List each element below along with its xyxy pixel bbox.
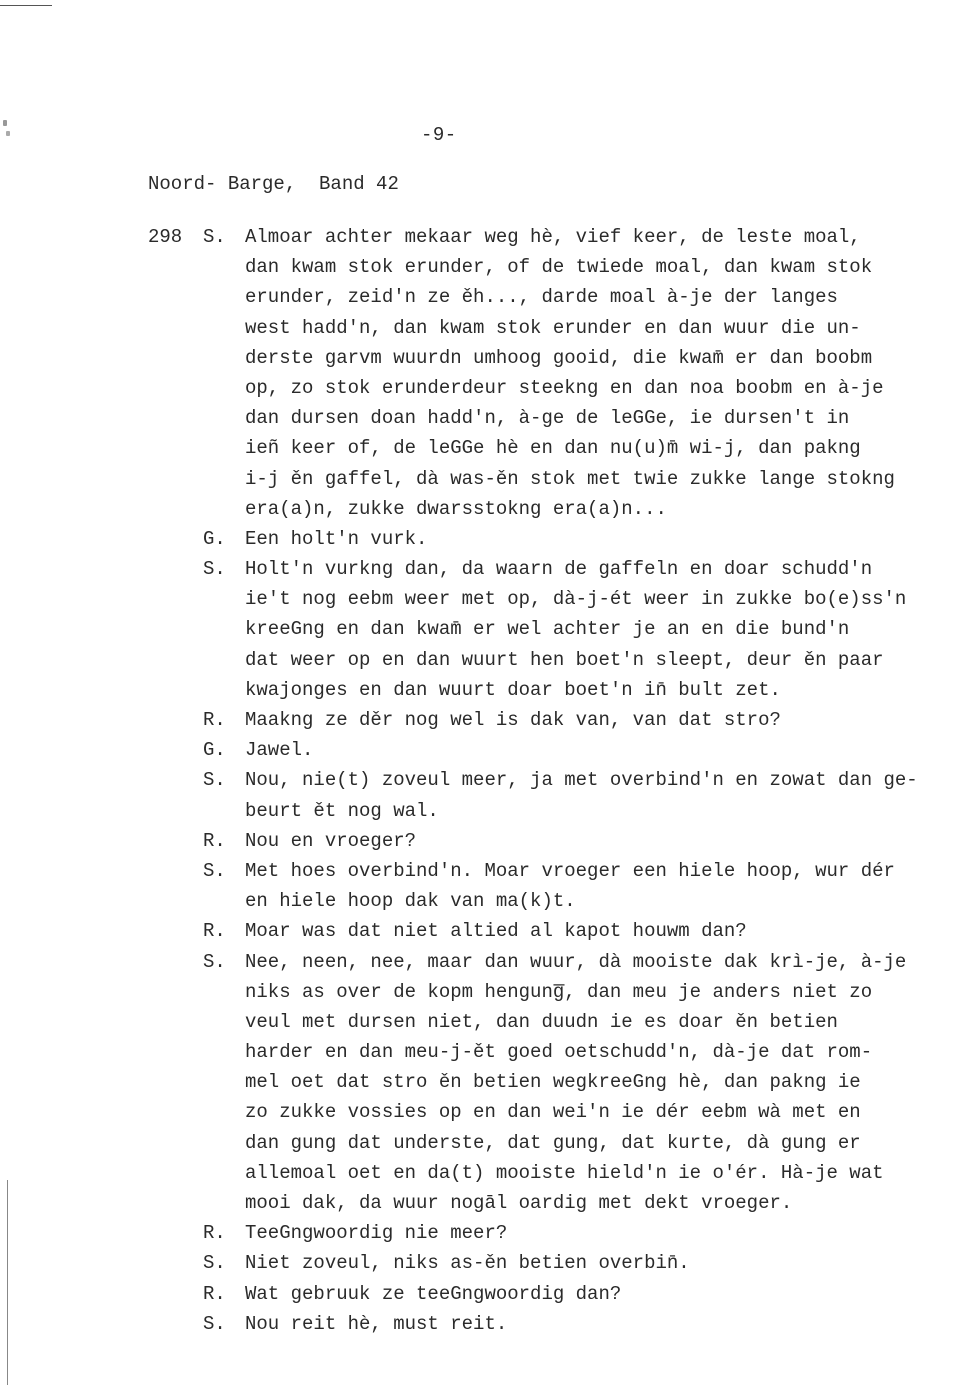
transcript-text: beurt ět nog wal. xyxy=(245,796,439,826)
transcript-text: kwajonges en dan wuurt doar boet'n in̄ b… xyxy=(245,675,781,705)
transcript-line: S.Holt'n vurkng dan, da waarn de gaffeln… xyxy=(148,554,958,584)
transcript-text: Moar was dat niet altied al kapot houwm … xyxy=(245,916,747,946)
transcript-line: dan kwam stok erunder, of de twiede moal… xyxy=(148,252,958,282)
transcript-line: R.Wat gebruuk ze teeGngwoordig dan? xyxy=(148,1279,958,1309)
transcript-text: Holt'n vurkng dan, da waarn de gaffeln e… xyxy=(245,554,872,584)
transcript-line: i-j ěn gaffel, dà was-ěn stok met twie z… xyxy=(148,464,958,494)
transcript-line: niks as over de kopm hengung̅, dan meu j… xyxy=(148,977,958,1007)
speaker-label: S. xyxy=(203,1309,226,1339)
transcript-line: zo zukke vossies op en dan wei'n ie dér … xyxy=(148,1097,958,1127)
transcript-text: TeeGngwoordig nie meer? xyxy=(245,1218,507,1248)
transcript-text: dat weer op en dan wuurt hen boet'n slee… xyxy=(245,645,884,675)
transcript-line: derste garvm wuurdn umhoog gooid, die kw… xyxy=(148,343,958,373)
transcript-line: dan gung dat underste, dat gung, dat kur… xyxy=(148,1128,958,1158)
transcript-line: era(a)n, zukke dwarsstokng era(a)n... xyxy=(148,494,958,524)
transcript-text: ieñ keer of, de leGGe hè en dan nu(u)m̄ … xyxy=(245,433,861,463)
transcript-line: dat weer op en dan wuurt hen boet'n slee… xyxy=(148,645,958,675)
speaker-label: S. xyxy=(203,765,226,795)
transcript-text: mooi dak, da wuur nogāl oardig met dekt … xyxy=(245,1188,792,1218)
document-page: -9- Noord- Barge, Band 42 298S.Almoar ac… xyxy=(0,0,966,1388)
speaker-label: R. xyxy=(203,1218,226,1248)
transcript-line: G.Jawel. xyxy=(148,735,958,765)
scan-edge-rule xyxy=(0,5,52,6)
transcript-line: ie't nog eebm weer met op, dà-j-ét weer … xyxy=(148,584,958,614)
transcript-line: S.Met hoes overbind'n. Moar vroeger een … xyxy=(148,856,958,886)
speaker-label: G. xyxy=(203,524,226,554)
transcript-line: op, zo stok erunderdeur steekng en dan n… xyxy=(148,373,958,403)
scan-margin-line xyxy=(7,1180,8,1385)
transcript-text: op, zo stok erunderdeur steekng en dan n… xyxy=(245,373,884,403)
transcript-text: harder en dan meu-j-ět goed oetschudd'n,… xyxy=(245,1037,872,1067)
transcript-text: Nou reit hè, must reit. xyxy=(245,1309,507,1339)
transcript-text: kreeGng en dan kwam̄ er wel achter je an… xyxy=(245,614,849,644)
transcript-text: derste garvm wuurdn umhoog gooid, die kw… xyxy=(245,343,872,373)
speaker-label: R. xyxy=(203,826,226,856)
transcript-line: dan dursen doan hadd'n, à-ge de leGGe, i… xyxy=(148,403,958,433)
transcript-text: Met hoes overbind'n. Moar vroeger een hi… xyxy=(245,856,895,886)
speaker-label: S. xyxy=(203,1248,226,1278)
speaker-label: R. xyxy=(203,916,226,946)
transcript-line: S.Niet zoveul, niks as-ěn betien overbin… xyxy=(148,1248,958,1278)
speaker-label: S. xyxy=(203,947,226,977)
transcript-line: kreeGng en dan kwam̄ er wel achter je an… xyxy=(148,614,958,644)
transcript-text: i-j ěn gaffel, dà was-ěn stok met twie z… xyxy=(245,464,895,494)
transcript-text: niks as over de kopm hengung̅, dan meu j… xyxy=(245,977,872,1007)
transcript-line: mooi dak, da wuur nogāl oardig met dekt … xyxy=(148,1188,958,1218)
page-number: -9- xyxy=(421,124,457,146)
transcript-line: R.Nou en vroeger? xyxy=(148,826,958,856)
transcript-line: erunder, zeid'n ze ěh..., darde moal à-j… xyxy=(148,282,958,312)
transcript-line: allemoal oet en da(t) mooiste hield'n ie… xyxy=(148,1158,958,1188)
speaker-label: R. xyxy=(203,1279,226,1309)
transcript-text: allemoal oet en da(t) mooiste hield'n ie… xyxy=(245,1158,884,1188)
transcript-line: harder en dan meu-j-ět goed oetschudd'n,… xyxy=(148,1037,958,1067)
transcript-text: en hiele hoop dak van ma(k)t. xyxy=(245,886,576,916)
transcript-line: beurt ět nog wal. xyxy=(148,796,958,826)
transcript-text: Maakng ze děr nog wel is dak van, van da… xyxy=(245,705,781,735)
scan-speck xyxy=(6,131,10,136)
speaker-label: S. xyxy=(203,856,226,886)
transcript-text: zo zukke vossies op en dan wei'n ie dér … xyxy=(245,1097,861,1127)
transcript-text: Nou, nie(t) zoveul meer, ja met overbind… xyxy=(245,765,918,795)
scan-speck xyxy=(3,120,7,126)
transcript-text: veul met dursen niet, dan duudn ie es do… xyxy=(245,1007,838,1037)
transcript-line: veul met dursen niet, dan duudn ie es do… xyxy=(148,1007,958,1037)
transcript-text: Een holt'n vurk. xyxy=(245,524,427,554)
transcript-text: Nou en vroeger? xyxy=(245,826,416,856)
transcript-line: R.Moar was dat niet altied al kapot houw… xyxy=(148,916,958,946)
transcript-line: 298S.Almoar achter mekaar weg hè, vief k… xyxy=(148,222,958,252)
transcript-body: 298S.Almoar achter mekaar weg hè, vief k… xyxy=(148,222,958,1339)
transcript-line: R.TeeGngwoordig nie meer? xyxy=(148,1218,958,1248)
transcript-text: Wat gebruuk ze teeGngwoordig dan? xyxy=(245,1279,621,1309)
speaker-label: R. xyxy=(203,705,226,735)
transcript-text: dan kwam stok erunder, of de twiede moal… xyxy=(245,252,872,282)
transcript-text: ie't nog eebm weer met op, dà-j-ét weer … xyxy=(245,584,906,614)
transcript-line: R.Maakng ze děr nog wel is dak van, van … xyxy=(148,705,958,735)
transcript-line: west hadd'n, dan kwam stok erunder en da… xyxy=(148,313,958,343)
transcript-line: S.Nee, neen, nee, maar dan wuur, dà mooi… xyxy=(148,947,958,977)
transcript-line: mel oet dat stro ěn betien wegkreeGng hè… xyxy=(148,1067,958,1097)
transcript-text: west hadd'n, dan kwam stok erunder en da… xyxy=(245,313,861,343)
transcript-line: kwajonges en dan wuurt doar boet'n in̄ b… xyxy=(148,675,958,705)
speaker-label: S. xyxy=(203,222,226,252)
speaker-label: S. xyxy=(203,554,226,584)
transcript-line: S.Nou reit hè, must reit. xyxy=(148,1309,958,1339)
transcript-text: Nee, neen, nee, maar dan wuur, dà mooist… xyxy=(245,947,906,977)
document-header: Noord- Barge, Band 42 xyxy=(148,173,399,195)
transcript-text: mel oet dat stro ěn betien wegkreeGng hè… xyxy=(245,1067,861,1097)
transcript-text: erunder, zeid'n ze ěh..., darde moal à-j… xyxy=(245,282,838,312)
transcript-line: S.Nou, nie(t) zoveul meer, ja met overbi… xyxy=(148,765,958,795)
line-number: 298 xyxy=(148,222,196,252)
transcript-text: era(a)n, zukke dwarsstokng era(a)n... xyxy=(245,494,667,524)
transcript-text: Jawel. xyxy=(245,735,313,765)
transcript-line: en hiele hoop dak van ma(k)t. xyxy=(148,886,958,916)
transcript-text: Niet zoveul, niks as-ěn betien overbin̄. xyxy=(245,1248,690,1278)
transcript-line: G.Een holt'n vurk. xyxy=(148,524,958,554)
transcript-text: dan dursen doan hadd'n, à-ge de leGGe, i… xyxy=(245,403,849,433)
speaker-label: G. xyxy=(203,735,226,765)
transcript-text: dan gung dat underste, dat gung, dat kur… xyxy=(245,1128,861,1158)
transcript-line: ieñ keer of, de leGGe hè en dan nu(u)m̄ … xyxy=(148,433,958,463)
transcript-text: Almoar achter mekaar weg hè, vief keer, … xyxy=(245,222,861,252)
